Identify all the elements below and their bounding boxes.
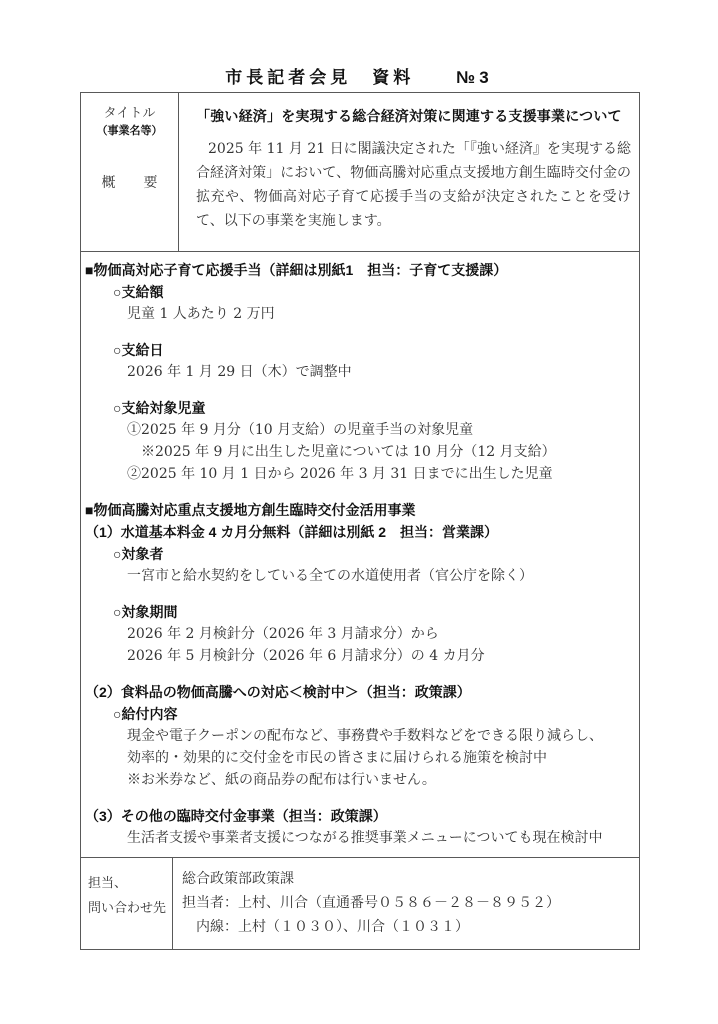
overview-label: 概 要 <box>81 172 178 192</box>
overview-text: 2025 年 11 月 21 日に閣議決定された「『強い経済』を実現する総合経済… <box>196 137 631 233</box>
body-text: ②2025 年 10 月 1 日から 2026 年 3 月 31 日までに出生し… <box>85 463 635 485</box>
body-text: 効率的・効果的に交付金を市民の皆さまに届けられる施策を検討中 <box>85 747 635 769</box>
document-page: 市長記者会見 資料 №3 タイトル （事業名等） 概 要 「強い経済」を実現する… <box>0 0 718 1024</box>
section-heading: ■物価高対応子育て応援手当（詳細は別紙1 担当：子育て支援課） <box>85 259 635 281</box>
title-label: タイトル <box>81 102 178 121</box>
sub-heading: ○支給額 <box>85 281 635 303</box>
document-table: タイトル （事業名等） 概 要 「強い経済」を実現する総合経済対策に関連する支援… <box>80 92 640 950</box>
body-text: ①2025 年 9 月分（10 月支給）の児童手当の対象児童 <box>85 419 635 441</box>
spacer <box>85 667 635 681</box>
body-text: 2026 年 2 月検針分（2026 年 3 月請求分）から <box>85 623 635 645</box>
spacer <box>85 791 635 805</box>
body-text: 2026 年 5 月検針分（2026 年 6 月請求分）の 4 カ月分 <box>85 645 635 667</box>
title-overview-content: 「強い経済」を実現する総合経済対策に関連する支援事業について 2025 年 11… <box>179 93 639 251</box>
spacer <box>85 325 635 339</box>
body-text-note: ※2025 年 9 月に出生した児童については 10 月分（12 月支給） <box>85 441 635 463</box>
body-text: 2026 年 1 月 29 日（木）で調整中 <box>85 361 635 383</box>
title-sublabel: （事業名等） <box>81 122 178 138</box>
section-heading: （3）その他の臨時交付金事業（担当：政策課） <box>85 805 635 827</box>
contact-label-line2: 問い合わせ先 <box>88 896 172 921</box>
spacer <box>85 587 635 601</box>
body-text: 一宮市と給水契約をしている全ての水道使用者（官公庁を除く） <box>85 565 635 587</box>
sub-heading: ○給付内容 <box>85 703 635 725</box>
body-text: ※お米券など、紙の商品券の配布は行いません。 <box>85 769 635 791</box>
label-column: タイトル （事業名等） 概 要 <box>81 93 179 251</box>
spacer <box>85 485 635 499</box>
section-heading: （1）水道基本料金 4 カ月分無料（詳細は別紙 2 担当：営業課） <box>85 521 635 543</box>
sub-heading: ○対象期間 <box>85 601 635 623</box>
body-text: 児童 1 人あたり 2 万円 <box>85 303 635 325</box>
spacer <box>85 383 635 397</box>
document-title: 「強い経済」を実現する総合経済対策に関連する支援事業について <box>196 106 631 126</box>
sub-heading: ○支給日 <box>85 339 635 361</box>
body-section: ■物価高対応子育て応援手当（詳細は別紙1 担当：子育て支援課）○支給額児童 1 … <box>81 252 639 858</box>
title-overview-row: タイトル （事業名等） 概 要 「強い経済」を実現する総合経済対策に関連する支援… <box>81 93 639 252</box>
body-text: 生活者支援や事業者支援につながる推奨事業メニューについても現在検討中 <box>85 827 635 849</box>
contact-line: 担当者：上村、川合（直通番号０５８６－２８－８９５２） <box>182 891 639 915</box>
contact-label: 担当、 問い合わせ先 <box>81 858 173 949</box>
contact-label-line1: 担当、 <box>88 871 172 896</box>
contact-info: 総合政策部政策課担当者：上村、川合（直通番号０５８６－２８－８９５２） 内線：上… <box>173 858 639 949</box>
sub-heading: ○支給対象児童 <box>85 397 635 419</box>
section-heading: （2）食料品の物価高騰への対応＜検討中＞（担当：政策課） <box>85 681 635 703</box>
body-text: 現金や電子クーポンの配布など、事務費や手数料などをできる限り減らし、 <box>85 725 635 747</box>
section-heading: ■物価高騰対応重点支援地方創生臨時交付金活用事業 <box>85 499 635 521</box>
page-title: 市長記者会見 資料 №3 <box>0 63 718 88</box>
contact-line: 内線：上村（１０３０）、川合（１０３１） <box>182 915 639 939</box>
sub-heading: ○対象者 <box>85 543 635 565</box>
contact-line: 総合政策部政策課 <box>182 867 639 891</box>
contact-row: 担当、 問い合わせ先 総合政策部政策課担当者：上村、川合（直通番号０５８６－２８… <box>81 858 639 949</box>
